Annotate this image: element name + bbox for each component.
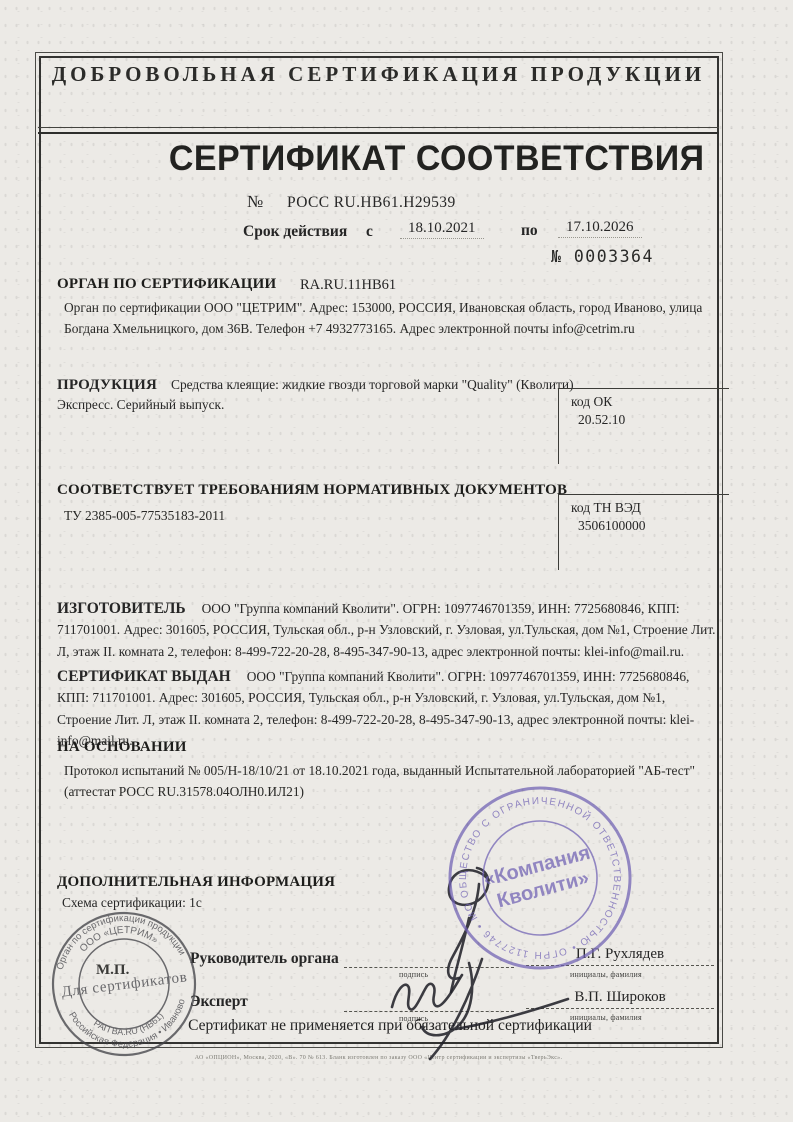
stamp-place-label: М.П. xyxy=(96,962,129,979)
ok-code-value: 20.52.10 xyxy=(571,412,729,428)
tnved-code-value: 3506100000 xyxy=(571,518,729,534)
validity-to-date: 17.10.2026 xyxy=(558,219,642,238)
validity-from-prep: с xyxy=(366,223,373,241)
manufacturer-label: ИЗГОТОВИТЕЛЬ xyxy=(57,600,186,617)
registration-number: РОСС RU.НВ61.Н29539 xyxy=(287,194,456,212)
head-role-label: Руководитель органа xyxy=(190,950,339,968)
issued-to-label: СЕРТИФИКАТ ВЫДАН xyxy=(57,668,231,685)
compliance-standard: ТУ 2385-005-77535183-2011 xyxy=(64,505,544,526)
validity-to-label: по xyxy=(521,222,538,240)
validity-label: Срок действия xyxy=(243,223,347,241)
header-separator xyxy=(38,127,719,134)
product-label: ПРОДУКЦИЯ xyxy=(57,377,157,393)
product-section: ПРОДУКЦИЯСредства клеящие: жидкие гвозди… xyxy=(57,375,577,415)
blank-serial-number: № 0003364 xyxy=(551,247,654,266)
basis-details: Протокол испытаний № 005/Н-18/10/21 от 1… xyxy=(64,760,714,802)
certificate-header: ДОБРОВОЛЬНАЯ СЕРТИФИКАЦИЯ ПРОДУКЦИИ xyxy=(38,62,719,87)
expert-handwritten-signature xyxy=(372,955,582,1065)
compliance-label: СООТВЕТСТВУЕТ ТРЕБОВАНИЯМ НОРМАТИВНЫХ ДО… xyxy=(57,482,567,499)
scanned-certificate-page: ДОБРОВОЛЬНАЯ СЕРТИФИКАЦИЯ ПРОДУКЦИИ СЕРТ… xyxy=(0,0,793,1122)
additional-info-text: Схема сертификации: 1с xyxy=(62,895,462,911)
validity-from-date: 18.10.2021 xyxy=(400,220,484,239)
registration-number-sign: № xyxy=(247,192,263,212)
expert-role-label: Эксперт xyxy=(190,993,248,1011)
certification-body-code: RA.RU.11НВ61 xyxy=(300,277,396,294)
certification-body-details: Орган по сертификации ООО "ЦЕТРИМ". Адре… xyxy=(64,297,714,339)
additional-info-label: ДОПОЛНИТЕЛЬНАЯ ИНФОРМАЦИЯ xyxy=(57,874,335,891)
tnved-code-label: код ТН ВЭД xyxy=(571,500,729,516)
basis-label: НА ОСНОВАНИИ xyxy=(57,739,187,756)
certification-body-label: ОРГАН ПО СЕРТИФИКАЦИИ xyxy=(57,276,276,293)
manufacturer-section: ИЗГОТОВИТЕЛЬООО "Группа компаний Кволити… xyxy=(57,598,717,662)
ok-code-box: код ОК 20.52.10 xyxy=(558,388,729,464)
tnved-code-box: код ТН ВЭД 3506100000 xyxy=(558,494,729,570)
certificate-title: СЕРТИФИКАТ СООТВЕТСТВИЯ xyxy=(48,139,709,179)
ok-code-label: код ОК xyxy=(571,394,729,410)
